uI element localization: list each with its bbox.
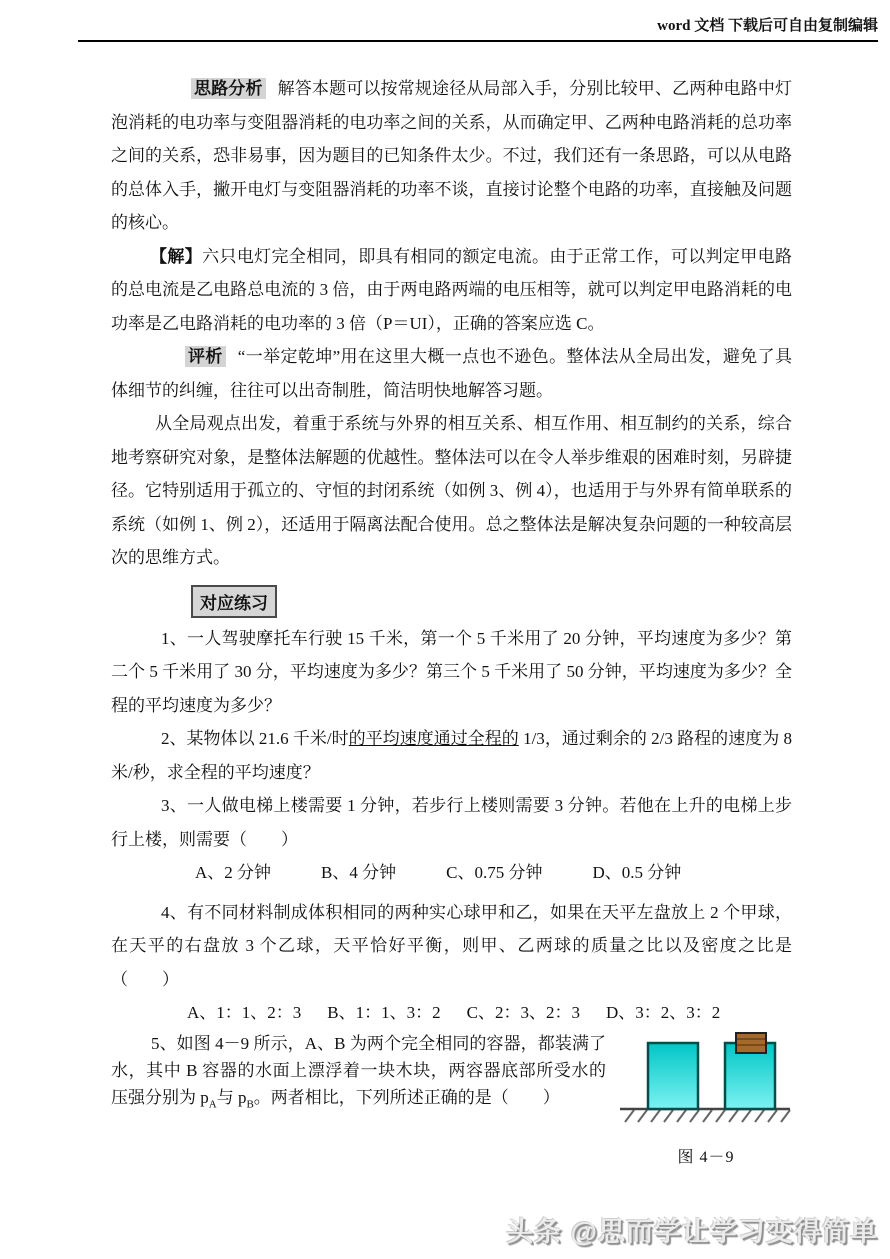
comment-paragraph: 评析“一举定乾坤”用在这里大概一点也不逊色。整体法从全局出发，避免了具体细节的纠… [111,340,792,407]
analysis-paragraph: 思路分析解答本题可以按常规途径从局部入手，分别比较甲、乙两种电路中灯泡消耗的电功… [111,72,792,240]
problem-5-post: 。两者相比，下列所述正确的是（ ） [254,1088,560,1107]
problem-2-underlined: 的平均速度通过全程的 [349,729,519,748]
watermark: 头条 @思而学让学习变得简单 [506,1210,878,1249]
practice-label-row: 对应练习 [191,585,792,618]
problem-3: 3、一人做电梯上楼需要 1 分钟，若步行上楼则需要 3 分钟。若他在上升的电梯上… [111,789,792,856]
problem-5-mid: 与 p [217,1088,247,1107]
subscript-b: B [246,1098,253,1110]
analysis-label: 思路分析 [191,78,266,99]
figure-caption: 图 4－9 [620,1141,792,1175]
problem-2-pre: 2、某物体以 21.6 千米/时 [161,729,349,748]
comment-label: 评析 [185,346,226,367]
document-body: 思路分析解答本题可以按常规途径从局部入手，分别比较甲、乙两种电路中灯泡消耗的电功… [111,72,792,1179]
subscript-a: A [209,1098,217,1110]
ground-hatching [625,1110,790,1122]
problem-1: 1、一人驾驶摩托车行驶 15 千米，第一个 5 千米用了 20 分钟，平均速度为… [111,622,792,723]
option-d: D、3：2、3：2 [606,1003,720,1022]
problem-4: 4、有不同材料制成体积相同的两种实心球甲和乙，如果在天平左盘放上 2 个甲球，在… [111,896,792,997]
document-page: word 文档 下载后可自由复制编辑 思路分析解答本题可以按常规途径从局部入手，… [0,0,890,1259]
container-a [648,1043,698,1109]
problem-2: 2、某物体以 21.6 千米/时的平均速度通过全程的 1/3，通过剩余的 2/3… [111,722,792,789]
problem-4-options: A、1：1、2：3B、1：1、3：2C、2：3、2：3D、3：2、3：2 [111,996,792,1030]
containers-diagram [620,1030,792,1128]
summary-paragraph: 从全局观点出发，着重于系统与外界的相互关系、相互作用、相互制约的关系，综合地考察… [111,407,792,575]
solution-paragraph: 【解】六只电灯完全相同，即具有相同的额定电流。由于正常工作，可以判定甲电路的总电… [111,240,792,341]
option-b: B、1：1、3：2 [327,1003,440,1022]
analysis-text: 解答本题可以按常规途径从局部入手，分别比较甲、乙两种电路中灯泡消耗的电功率与变阻… [111,79,792,232]
solution-label: 【解】 [150,247,202,266]
problem-3-options: A、2 分钟B、4 分钟C、0.75 分钟D、0.5 分钟 [111,856,792,890]
option-a: A、1：1、2：3 [187,1003,301,1022]
option-a: A、2 分钟 [195,863,271,882]
solution-text: 六只电灯完全相同，即具有相同的额定电流。由于正常工作，可以判定甲电路的总电流是乙… [111,247,792,333]
option-c: C、0.75 分钟 [446,863,542,882]
option-b: B、4 分钟 [321,863,396,882]
figure-4-9: 图 4－9 [620,1030,792,1175]
header-note: word 文档 下载后可自由复制编辑 [657,18,878,34]
practice-label-box: 对应练习 [191,585,277,618]
wood-block [736,1033,766,1053]
option-c: C、2：3、2：3 [467,1003,580,1022]
problem-5-block: 图 4－9 5、如图 4－9 所示，A、B 为两个完全相同的容器，都装满了水，其… [111,1030,792,1179]
header-bar: word 文档 下载后可自由复制编辑 [78,14,878,42]
option-d: D、0.5 分钟 [592,863,681,882]
